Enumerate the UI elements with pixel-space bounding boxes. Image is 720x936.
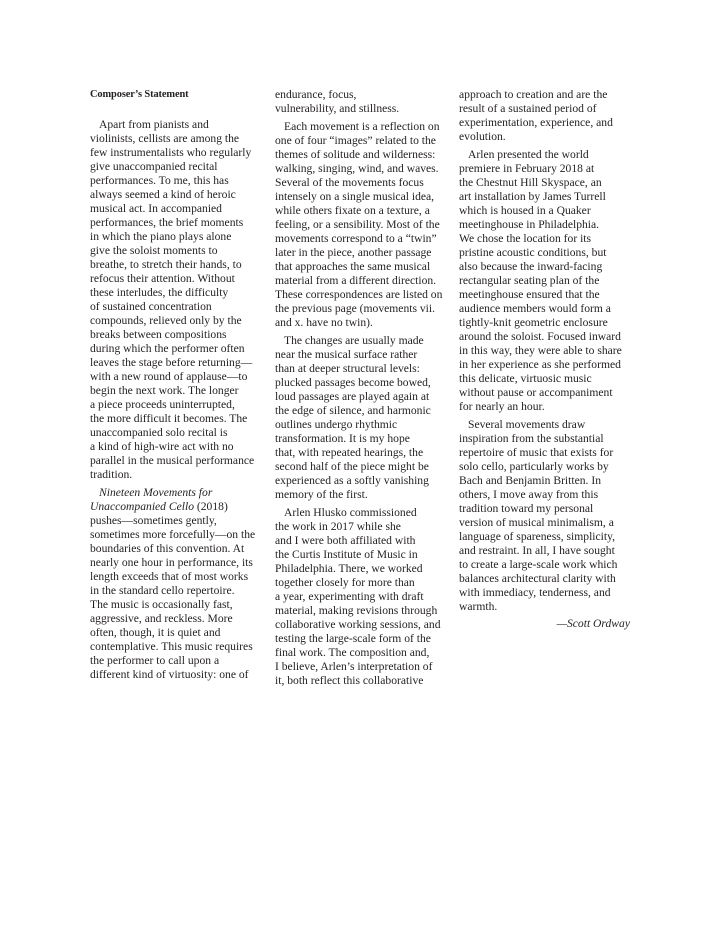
text-line: pushes—sometimes gently, <box>90 514 276 528</box>
text-line: movements correspond to a “twin” <box>275 232 461 246</box>
text-line: refocus their attention. Without <box>90 272 276 286</box>
text-line: loud passages are played again at <box>275 390 461 404</box>
text-line: These correspondences are listed on <box>275 288 461 302</box>
text-line: in her experience as she performed <box>459 358 645 372</box>
text-line: length exceeds that of most works <box>90 570 276 584</box>
text-line: around the soloist. Focused inward <box>459 330 645 344</box>
text-line: others, I move away from this <box>459 488 645 502</box>
text-line: leaves the stage before returning— <box>90 356 276 370</box>
text-line: Several movements draw <box>459 418 645 432</box>
text-line: feeling, or a sensibility. Most of the <box>275 218 461 232</box>
text-line: Arlen Hlusko commissioned <box>275 506 461 520</box>
text-line: and x. have no twin). <box>275 316 461 330</box>
text-line: this delicate, virtuosic music <box>459 372 645 386</box>
text-line: vulnerability, and stillness. <box>275 102 461 116</box>
text-line: performances. To me, this has <box>90 174 276 188</box>
text-line: with a new round of applause—to <box>90 370 276 384</box>
text-line: tradition toward my personal <box>459 502 645 516</box>
text-line: of sustained concentration <box>90 300 276 314</box>
text-line: that approaches the same musical <box>275 260 461 274</box>
text-line: walking, singing, wind, and waves. <box>275 162 461 176</box>
text-line: for nearly an hour. <box>459 400 645 414</box>
text-line: the edge of silence, and harmonic <box>275 404 461 418</box>
text-line: The changes are usually made <box>275 334 461 348</box>
text-line: compounds, relieved only by the <box>90 314 276 328</box>
text-line: unaccompanied solo recital is <box>90 426 276 440</box>
text-line: always seemed a kind of heroic <box>90 188 276 202</box>
paragraph-2-body: pushes—sometimes gently,sometimes more f… <box>90 514 276 682</box>
text-column-3: approach to creation and are theresult o… <box>459 88 645 631</box>
text-line: later in the piece, another passage <box>275 246 461 260</box>
text-line: the Curtis Institute of Music in <box>275 548 461 562</box>
text-line: collaborative working sessions, and <box>275 618 461 632</box>
text-line: sometimes more forcefully—on the <box>90 528 276 542</box>
text-line: themes of solitude and wilderness: <box>275 148 461 162</box>
text-line: version of musical minimalism, a <box>459 516 645 530</box>
text-line: the performer to call upon a <box>90 654 276 668</box>
text-line: audience members would form a <box>459 302 645 316</box>
paragraph-commission: Arlen Hlusko commissionedthe work in 201… <box>275 506 461 688</box>
text-line: endurance, focus, <box>275 88 461 102</box>
text-line: approach to creation and are the <box>459 88 645 102</box>
work-title-italic: Unaccompanied Cello <box>90 500 194 513</box>
document-page: Composer’s Statement Apart from pianists… <box>0 0 720 936</box>
text-line: one of four “images” related to the <box>275 134 461 148</box>
text-line: which is housed in a Quaker <box>459 204 645 218</box>
text-line: Each movement is a reflection on <box>275 120 461 134</box>
signature: —Scott Ordway <box>459 617 630 631</box>
text-line: second half of the piece might be <box>275 460 461 474</box>
text-line: inspiration from the substantial <box>459 432 645 446</box>
paragraph-changes: The changes are usually madenear the mus… <box>275 334 461 502</box>
text-line: also because the inward-facing <box>459 260 645 274</box>
text-line: material, making revisions through <box>275 604 461 618</box>
text-line: language of spareness, simplicity, <box>459 530 645 544</box>
text-line: Apart from pianists and <box>90 118 276 132</box>
text-line: that, with repeated hearings, the <box>275 446 461 460</box>
paragraph-1: Apart from pianists andviolinists, celli… <box>90 118 276 482</box>
text-line: experienced as a softly vanishing <box>275 474 461 488</box>
spacer <box>90 102 276 118</box>
text-line: it, both reflect this collaborative <box>275 674 461 688</box>
text-line: to create a large-scale work which <box>459 558 645 572</box>
text-line: repertoire of music that exists for <box>459 446 645 460</box>
text-line: Several of the movements focus <box>275 176 461 190</box>
text-line: intensely on a single musical idea, <box>275 190 461 204</box>
text-line: result of a sustained period of <box>459 102 645 116</box>
text-line: a year, experimenting with draft <box>275 590 461 604</box>
text-line: tightly-knit geometric enclosure <box>459 316 645 330</box>
text-line: aggressive, and reckless. More <box>90 612 276 626</box>
text-line: The music is occasionally fast, <box>90 598 276 612</box>
text-line: give the soloist moments to <box>90 244 276 258</box>
text-line: and I were both affiliated with <box>275 534 461 548</box>
text-line: give unaccompanied recital <box>90 160 276 174</box>
text-line: memory of the first. <box>275 488 461 502</box>
text-line: different kind of virtuosity: one of <box>90 668 276 682</box>
paragraph-2: Nineteen Movements for Unaccompanied Cel… <box>90 486 276 682</box>
text-line: the work in 2017 while she <box>275 520 461 534</box>
text-line: nearly one hour in performance, its <box>90 556 276 570</box>
paragraph-inspiration: Several movements drawinspiration from t… <box>459 418 645 614</box>
text-line: We chose the location for its <box>459 232 645 246</box>
text-line: meetinghouse in Philadelphia. <box>459 218 645 232</box>
text-line: and restraint. In all, I have sought <box>459 544 645 558</box>
text-line: rectangular seating plan of the <box>459 274 645 288</box>
page-heading: Composer’s Statement <box>90 88 276 102</box>
text-line: premiere in February 2018 at <box>459 162 645 176</box>
paragraph-continued: endurance, focus,vulnerability, and stil… <box>275 88 461 116</box>
text-line: the previous page (movements vii. <box>275 302 461 316</box>
work-year: (2018) <box>194 500 228 513</box>
text-line: plucked passages become bowed, <box>275 376 461 390</box>
text-line: few instrumentalists who regularly <box>90 146 276 160</box>
text-line: a piece proceeds uninterrupted, <box>90 398 276 412</box>
text-line: in which the piano plays alone <box>90 230 276 244</box>
text-line: warmth. <box>459 600 645 614</box>
text-line: transformation. It is my hope <box>275 432 461 446</box>
text-line: begin the next work. The longer <box>90 384 276 398</box>
text-line: near the musical surface rather <box>275 348 461 362</box>
text-line: breaks between compositions <box>90 328 276 342</box>
text-line: final work. The composition and, <box>275 646 461 660</box>
work-title-line-1: Nineteen Movements for <box>90 486 276 500</box>
text-line: during which the performer often <box>90 342 276 356</box>
text-column-2: endurance, focus,vulnerability, and stil… <box>275 88 461 688</box>
text-line: material from a different direction. <box>275 274 461 288</box>
text-line: while others fixate on a texture, a <box>275 204 461 218</box>
text-line: a kind of high-wire act with no <box>90 440 276 454</box>
text-line: than at deeper structural levels: <box>275 362 461 376</box>
paragraph-continued: approach to creation and are theresult o… <box>459 88 645 144</box>
text-line: art installation by James Turrell <box>459 190 645 204</box>
text-line: tradition. <box>90 468 276 482</box>
text-line: musical act. In accompanied <box>90 202 276 216</box>
text-line: without pause or accompaniment <box>459 386 645 400</box>
text-line: breathe, to stretch their hands, to <box>90 258 276 272</box>
text-line: violinists, cellists are among the <box>90 132 276 146</box>
text-line: I believe, Arlen’s interpretation of <box>275 660 461 674</box>
text-line: the more difficult it becomes. The <box>90 412 276 426</box>
text-line: Bach and Benjamin Britten. In <box>459 474 645 488</box>
text-line: the Chestnut Hill Skyspace, an <box>459 176 645 190</box>
text-line: boundaries of this convention. At <box>90 542 276 556</box>
text-line: parallel in the musical performance <box>90 454 276 468</box>
text-column-1: Composer’s Statement Apart from pianists… <box>90 88 276 682</box>
text-line: testing the large-scale form of the <box>275 632 461 646</box>
text-line: balances architectural clarity with <box>459 572 645 586</box>
text-line: outlines undergo rhythmic <box>275 418 461 432</box>
text-line: experimentation, experience, and <box>459 116 645 130</box>
text-line: meetinghouse ensured that the <box>459 288 645 302</box>
paragraph-premiere: Arlen presented the worldpremiere in Feb… <box>459 148 645 414</box>
text-line: Arlen presented the world <box>459 148 645 162</box>
text-line: solo cello, particularly works by <box>459 460 645 474</box>
text-line: evolution. <box>459 130 645 144</box>
paragraph-images: Each movement is a reflection onone of f… <box>275 120 461 330</box>
text-line: with immediacy, tenderness, and <box>459 586 645 600</box>
text-line: together closely for more than <box>275 576 461 590</box>
text-line: Philadelphia. There, we worked <box>275 562 461 576</box>
text-line: contemplative. This music requires <box>90 640 276 654</box>
text-line: often, though, it is quiet and <box>90 626 276 640</box>
text-line: performances, the brief moments <box>90 216 276 230</box>
text-line: in the standard cello repertoire. <box>90 584 276 598</box>
work-title-line-2: Unaccompanied Cello (2018) <box>90 500 276 514</box>
text-line: in this way, they were able to share <box>459 344 645 358</box>
text-line: these interludes, the difficulty <box>90 286 276 300</box>
text-line: pristine acoustic conditions, but <box>459 246 645 260</box>
